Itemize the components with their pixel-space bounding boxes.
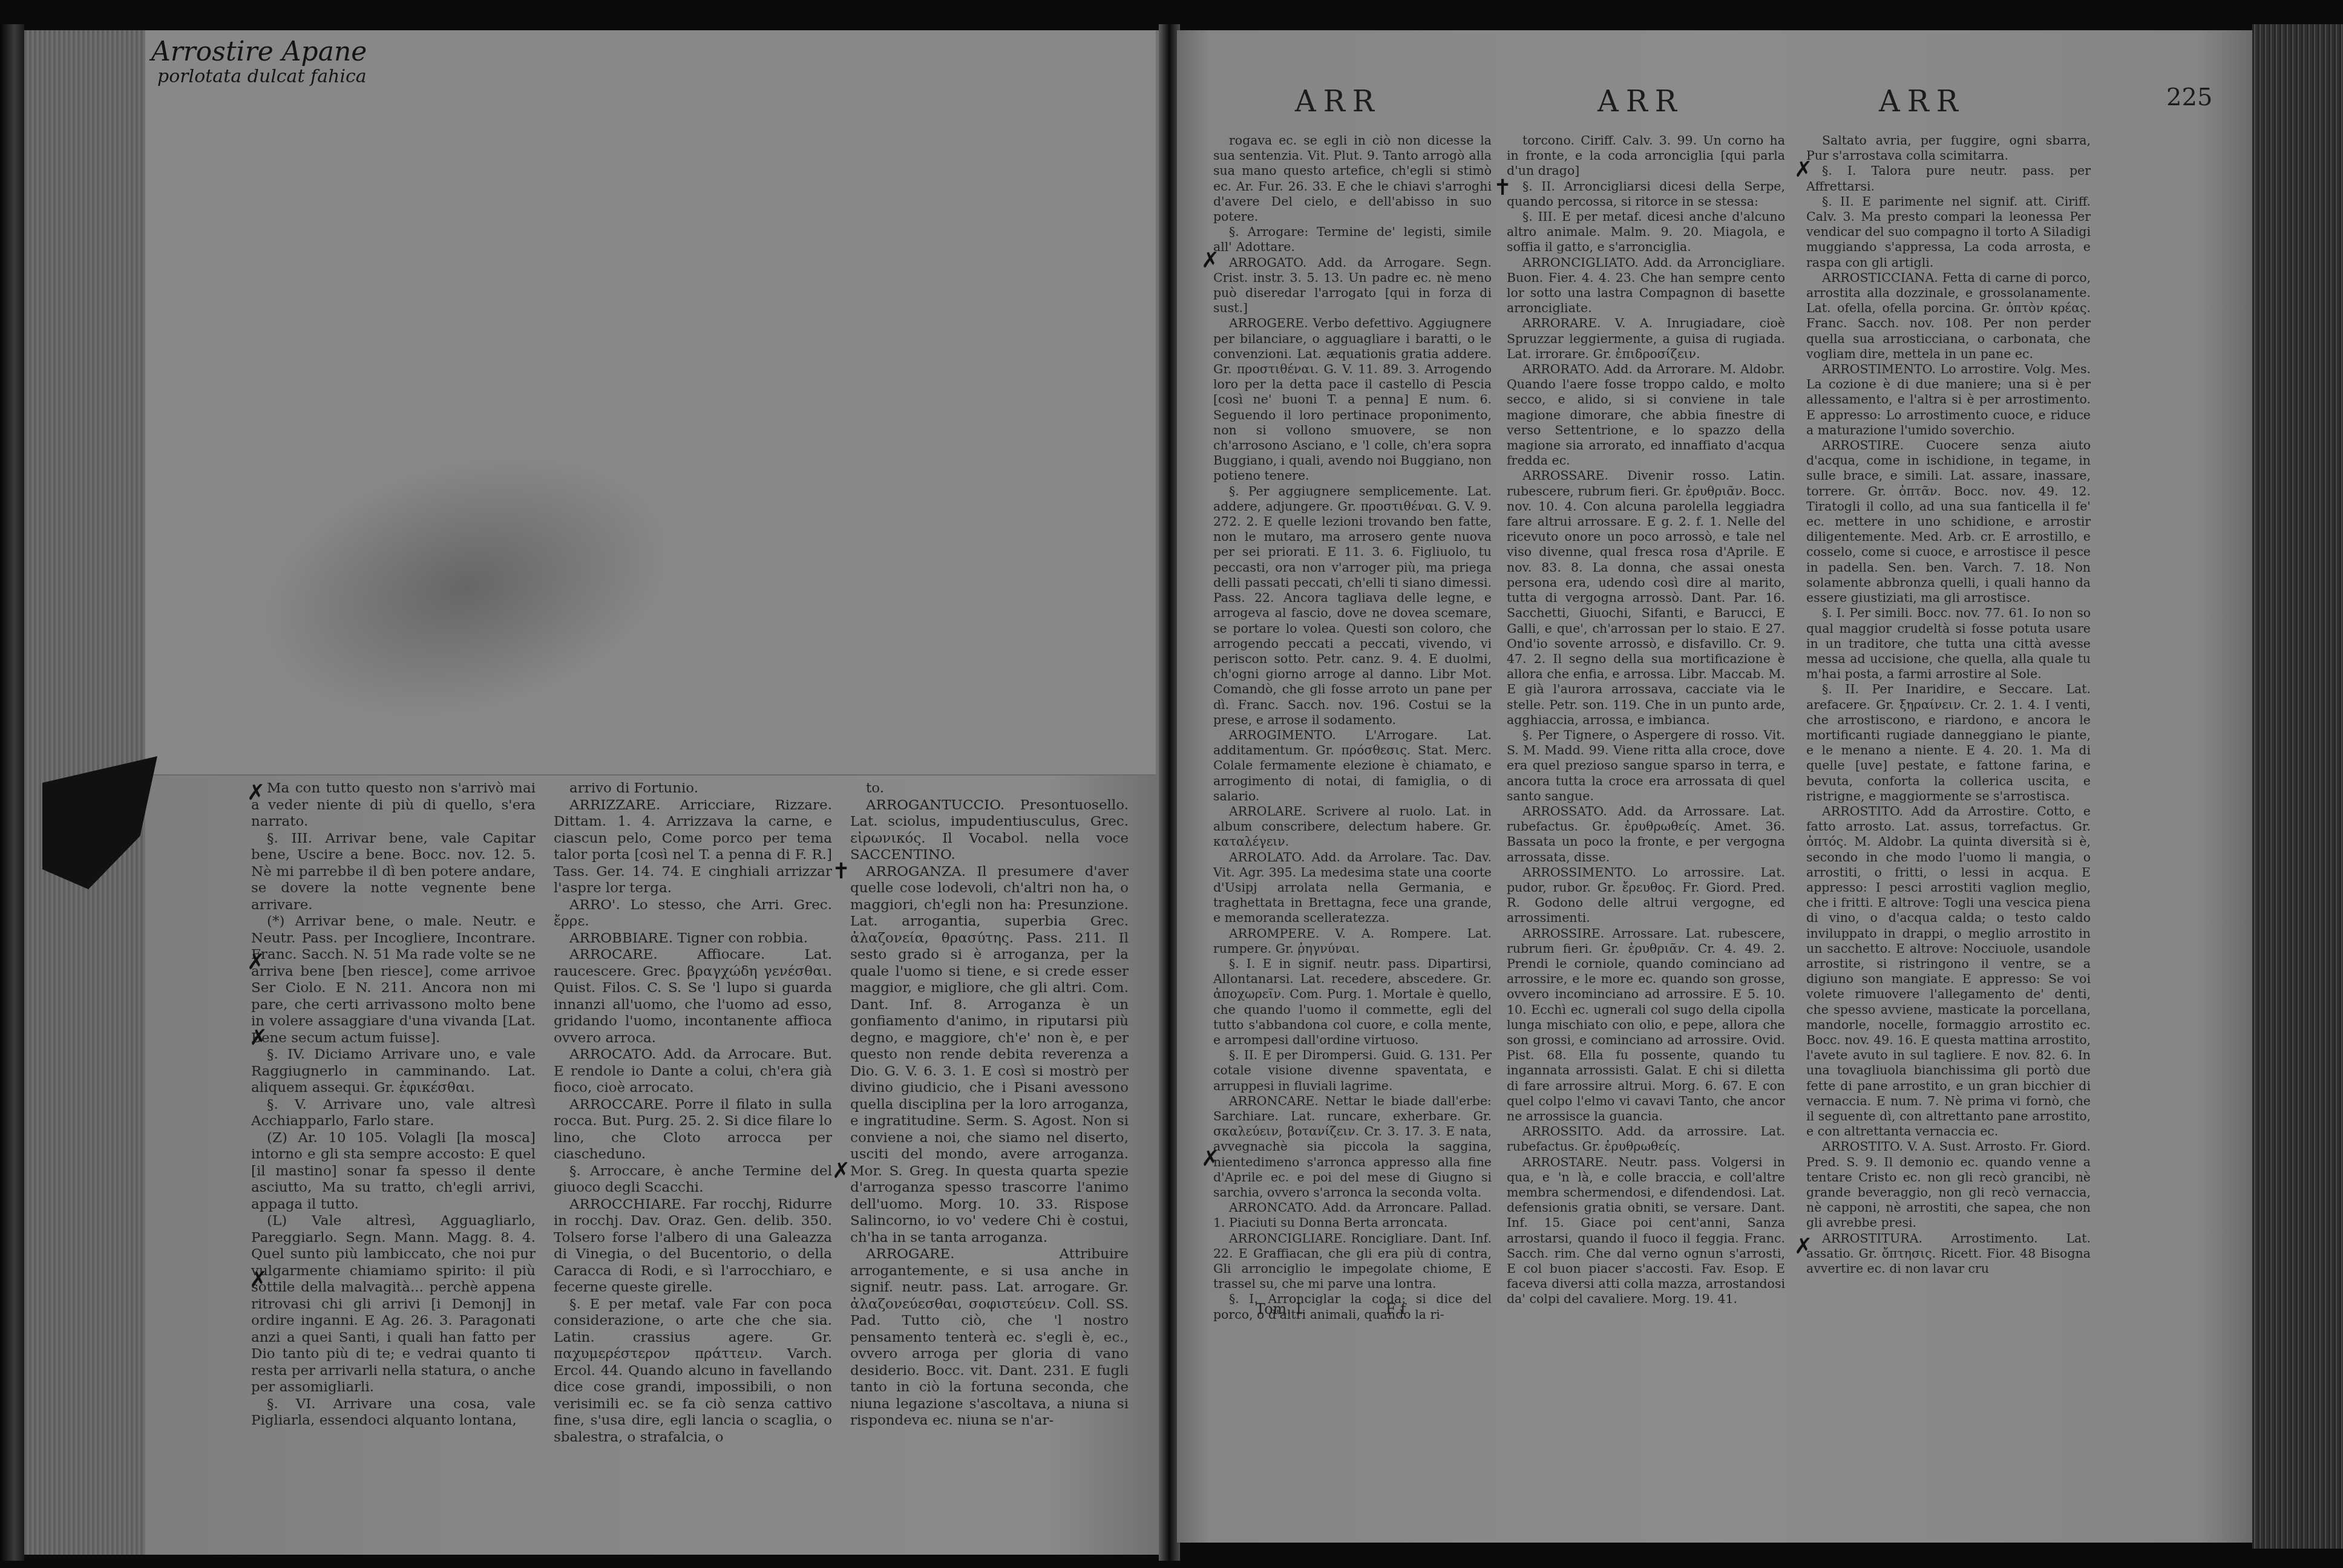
- entry: ARROGARE. Attribuire arrogantemente, e s…: [850, 1246, 1129, 1429]
- book-right-fore-edge: [2252, 24, 2343, 1549]
- handwritten-note-line2: porlotata dulcat fahica: [157, 67, 367, 87]
- entry: Saltato avria, per fuggire, ogni sbarra,…: [1806, 133, 2091, 163]
- entry: rogava ec. se egli in ciò non dicesse la…: [1213, 133, 1492, 224]
- entry: ARROGERE. Verbo defettivo. Aggiugnere pe…: [1213, 316, 1492, 483]
- gathering-mark: F f: [1386, 1301, 1406, 1318]
- page-number: 225: [2166, 83, 2212, 111]
- entry: ARRORATO. Add. da Arrorare. M. Aldobr. Q…: [1507, 362, 1785, 468]
- entry: ARROCCHIARE. Far rocchj, Ridurre in rocc…: [554, 1197, 832, 1296]
- right-column-1: rogava ec. se egli in ciò non dicesse la…: [1213, 133, 1492, 1322]
- entry: §. E per metaf. vale Far con poca consid…: [554, 1296, 832, 1446]
- entry: ARROSSATO. Add. da Arrossare. Lat. rubef…: [1507, 804, 1785, 865]
- entry: ARROGIMENTO. L'Arrogare. Lat. additament…: [1213, 728, 1492, 804]
- entry: §. IV. Diciamo Arrivare uno, e vale Ragg…: [251, 1047, 536, 1097]
- left-column-2: arrivo di Fortunio. ARRIZZARE. Arricciar…: [554, 780, 832, 1446]
- entry: ARROCARE. Affiocare. Lat. raucescere. Gr…: [554, 947, 832, 1047]
- handwritten-note-line1: Arrostire Apane: [151, 38, 367, 67]
- left-column-3: to. ARROGANTUCCIO. Presontuosello. Lat. …: [850, 780, 1129, 1429]
- entry: (Z) Ar. 10 105. Volagli [la mosca] intor…: [251, 1130, 536, 1214]
- entry: ARROSSIRE. Arrossare. Lat. rubescere, ru…: [1507, 926, 1785, 1125]
- book-left-edge: [0, 24, 24, 1561]
- entry: ARROSTIMENTO. Lo arrostire. Volg. Mes. L…: [1806, 362, 2091, 438]
- right-column-3: Saltato avria, per fuggire, ogni sbarra,…: [1806, 133, 2091, 1276]
- margin-cross-mark-icon: ✝: [832, 859, 850, 884]
- running-head-3: ARR: [1879, 85, 1965, 119]
- entry: ARROGATO. Add. da Arrogare. Segn. Crist.…: [1213, 255, 1492, 316]
- entry: ARROMPERE. V. A. Rompere. Lat. rumpere. …: [1213, 926, 1492, 956]
- margin-cross-mark-icon: ✝: [1493, 175, 1512, 200]
- entry: §. Arroccare, è anche Termine del giuoco…: [554, 1163, 832, 1197]
- margin-cross-mark-icon: ✗: [1201, 1146, 1219, 1171]
- left-column-1: Ma con tutto questo non s'arrivò mai a v…: [251, 780, 536, 1429]
- margin-cross-mark-icon: ✗: [247, 950, 265, 975]
- entry: arrivo di Fortunio.: [554, 780, 832, 797]
- entry: §. VI. Arrivare una cosa, vale Pigliarla…: [251, 1396, 536, 1429]
- entry: §. Per Tignere, o Aspergere di rosso. Vi…: [1507, 728, 1785, 804]
- entry: Ma con tutto questo non s'arrivò mai a v…: [251, 780, 536, 831]
- running-head-1: ARR: [1295, 85, 1381, 119]
- entry: §. I. Talora pure neutr. pass. per Affre…: [1806, 163, 2091, 194]
- entry: ARROLATO. Add. da Arrolare. Tac. Dav. Vi…: [1213, 850, 1492, 926]
- margin-cross-mark-icon: ✗: [1201, 248, 1219, 273]
- entry: ARRIZZARE. Arricciare, Rizzare. Dittam. …: [554, 797, 832, 897]
- entry: §. V. Arrivare uno, vale altresì Acchiap…: [251, 1097, 536, 1130]
- entry: ARROSSIMENTO. Lo arrossire. Lat. pudor, …: [1507, 865, 1785, 926]
- entry: §. III. Arrivar bene, vale Capitar bene,…: [251, 831, 536, 914]
- margin-cross-mark-icon: ✗: [832, 1158, 850, 1183]
- entry: ARRONCARE. Nettar le biade dall'erbe: Sa…: [1213, 1094, 1492, 1200]
- right-column-2: torcono. Ciriff. Calv. 3. 99. Un corno h…: [1507, 133, 1785, 1307]
- entry: ARROLARE. Scrivere al ruolo. Lat. in alb…: [1213, 804, 1492, 850]
- entry: ARROSSITO. Add. da arrossire. Lat. rubef…: [1507, 1124, 1785, 1154]
- entry: ARROSTICCIANA. Fetta di carne di porco, …: [1806, 270, 2091, 362]
- margin-cross-mark-icon: ✗: [1794, 157, 1812, 182]
- entry: (*) Arrivar bene, o male. Neutr. e Neutr…: [251, 913, 536, 1047]
- entry: ARROGANTUCCIO. Presontuosello. Lat. scio…: [850, 797, 1129, 864]
- entry: §. I. Arronciglar la coda: si dice del p…: [1213, 1292, 1492, 1322]
- entry: ARRONCIGLIARE. Roncigliare. Dant. Inf. 2…: [1213, 1231, 1492, 1292]
- entry: ARRONCATO. Add. da Arroncare. Pallad. 1.…: [1213, 1200, 1492, 1230]
- margin-cross-mark-icon: ✗: [1794, 1234, 1812, 1259]
- entry: ARROSTIRE. Cuocere senza aiuto d'acqua, …: [1806, 438, 2091, 606]
- entry: §. II. Arroncigliarsi dicesi della Serpe…: [1507, 179, 1785, 209]
- entry: ARRORARE. V. A. Inrugiadare, cioè Spruzz…: [1507, 316, 1785, 362]
- entry: §. II. E parimente nel signif. att. Ciri…: [1806, 194, 2091, 270]
- entry: §. I. Per simili. Bocc. nov. 77. 61. Io …: [1806, 606, 2091, 682]
- entry: ARROSTITO. Add da Arrostire. Cotto, e fa…: [1806, 804, 2091, 1139]
- entry: ARROSTITO. V. A. Sust. Arrosto. Fr. Gior…: [1806, 1139, 2091, 1230]
- entry: (L) Vale altresì, Agguagliarlo, Pareggia…: [251, 1213, 536, 1396]
- entry: §. I. E in signif. neutr. pass. Dipartir…: [1213, 956, 1492, 1048]
- entry: §. Per aggiugnere semplicemente. Lat. ad…: [1213, 484, 1492, 728]
- margin-cross-mark-icon: ✗: [249, 1025, 267, 1050]
- entry: ARROBBIARE. Tigner con robbia.: [554, 930, 832, 947]
- entry: ARROCATO. Add. da Arrocare. But. E rendo…: [554, 1047, 832, 1097]
- entry: ARROSTARE. Neutr. pass. Volgersi in qua,…: [1507, 1155, 1785, 1307]
- entry: to.: [850, 780, 1129, 797]
- entry: §. II. E per Dirompersi. Guid. G. 131. P…: [1213, 1048, 1492, 1094]
- entry: ARROCCARE. Porre il filato in sulla rocc…: [554, 1097, 832, 1163]
- entry: ARRO'. Lo stesso, che Arri. Grec. ἔρρε.: [554, 897, 832, 930]
- entry: §. III. E per metaf. dicesi anche d'alcu…: [1507, 209, 1785, 255]
- margin-cross-mark-icon: ✗: [249, 1267, 267, 1292]
- entry: ARROSTITURA. Arrostimento. Lat. assatio.…: [1806, 1231, 2091, 1277]
- entry: torcono. Ciriff. Calv. 3. 99. Un corno h…: [1507, 133, 1785, 179]
- entry: §. Arrogare: Termine de' legisti, simile…: [1213, 224, 1492, 255]
- entry: ARRONCIGLIATO. Add. da Arroncigliare. Bu…: [1507, 255, 1785, 316]
- running-head-2: ARR: [1597, 85, 1684, 119]
- volume-signature: Tom. I.: [1256, 1301, 1306, 1318]
- handwritten-note: Arrostire Apane porlotata dulcat fahica: [151, 38, 367, 87]
- entry: ARROSSARE. Divenir rosso. Latin. rubesce…: [1507, 468, 1785, 727]
- entry: §. II. Per Inaridire, e Seccare. Lat. ar…: [1806, 682, 2091, 804]
- entry: ARROGANZA. Il presumere d'aver quelle co…: [850, 864, 1129, 1247]
- margin-cross-mark-icon: ✗: [247, 780, 265, 805]
